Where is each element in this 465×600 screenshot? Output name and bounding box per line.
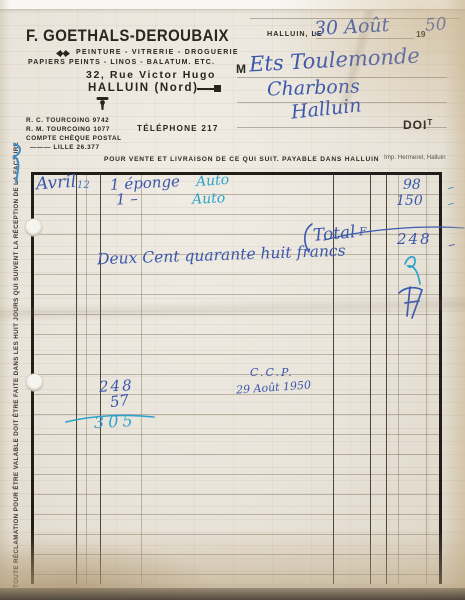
left-edge-stain	[0, 0, 10, 600]
total-amount: 248	[397, 232, 432, 247]
verification-mark-teal	[402, 252, 426, 286]
pen-squiggle-mark	[6, 140, 28, 188]
bottom-edge-shadow	[0, 588, 465, 600]
rule-square-ornament-icon	[214, 85, 221, 92]
customer-line3: Halluin	[290, 96, 362, 122]
sale-terms: POUR VENTE ET LIVRAISON DE CE QUI SUIT. …	[104, 156, 379, 163]
row-amount: 98	[403, 178, 421, 192]
registration-rc: R. C. TOURCOING 9742	[26, 117, 109, 124]
address-city: HALLUIN (Nord)	[88, 82, 199, 94]
printer-credit: Imp. Hermerel, Halluin	[384, 154, 446, 161]
telephone-number: TÉLÉPHONE 217	[137, 124, 219, 133]
date-rule	[316, 38, 414, 39]
punch-hole-bottom	[26, 374, 43, 391]
arithmetic-addend2: 57	[109, 393, 130, 411]
total-suffix: F-	[359, 226, 371, 238]
arithmetic-sum: 305	[94, 413, 137, 431]
row-item: Auto	[192, 191, 226, 207]
punch-hole-top	[25, 219, 42, 236]
invoice-page: F. GOETHALS-DEROUBAIX PEINTURE - VITRERI…	[0, 0, 465, 600]
verification-mark-blue	[396, 284, 428, 320]
trades-line2: PAPIERS PEINTS - LINOS - BALATUM. ETC.	[28, 59, 215, 66]
handwritten-year: 50	[424, 16, 447, 34]
top-edge-shadow	[0, 9, 465, 12]
trades-line1: PEINTURE - VITRERIE - DROGUERIE	[76, 49, 239, 56]
address-street: 32, Rue Victor Hugo	[86, 69, 216, 81]
ccp-label: C.C.P.	[250, 367, 294, 378]
year-printed: 19	[416, 29, 425, 39]
handwritten-date: 30 Août	[314, 16, 390, 39]
company-name: F. GOETHALS-DEROUBAIX	[26, 26, 229, 46]
doit-label: DOIT	[403, 118, 433, 132]
column-line	[141, 175, 142, 584]
scan-top-edge	[0, 0, 465, 9]
row-amount: 150	[396, 194, 423, 208]
entry-month: Avril	[35, 174, 76, 194]
entry-day: 12	[77, 181, 90, 191]
diamond-ornament-icon	[56, 50, 70, 57]
right-edge-stain	[443, 0, 465, 600]
row-centimes-dash: –	[445, 195, 456, 211]
doit-sup: T	[427, 118, 433, 127]
registration-lille: ——— LILLE 26.377	[30, 144, 100, 151]
row-item: Auto	[196, 173, 230, 189]
rule-square-ornament-icon	[197, 88, 215, 90]
margin-claim-note: TOUTE RÉCLAMATION POUR ÊTRE VALABLE DOIT…	[13, 164, 20, 588]
doit-main: DOI	[403, 118, 427, 132]
m-label: M	[236, 62, 246, 76]
row-desc: 1 –	[116, 191, 139, 207]
column-line	[76, 175, 77, 584]
customer-name: Ets Toulemonde	[249, 46, 421, 76]
telephone-icon	[96, 96, 109, 111]
registration-ccp: COMPTE CHÈQUE POSTAL	[26, 135, 122, 142]
column-line	[86, 175, 87, 584]
registration-rm: R. M. TOURCOING 1077	[26, 126, 110, 133]
